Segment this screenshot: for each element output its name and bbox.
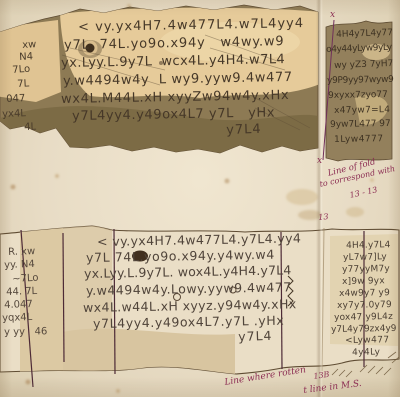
top-right-column-script: 4H4y7L4y77o4y44yLyw9yLywy yZ3 7yH7y9P9yy…: [0, 0, 400, 397]
fold-note-line1: Line of fold: [327, 158, 377, 178]
top-main-script-block: < vy.yx4H7.4w477L4.w7L4yy4y7L 74L.yo9o.x…: [0, 0, 400, 397]
top-left-fragment-script: xwN47Lo7L047yx4L4L: [0, 0, 400, 397]
script-line: 44. 7L: [6, 287, 37, 298]
column-rules: [21, 229, 364, 387]
script-line: 4y4Ly: [352, 349, 380, 358]
script-line: y9P9yy97wyw9: [327, 76, 394, 86]
script-line: y7L4: [226, 123, 262, 137]
script-line: yx.Lyy.L.9y7L. wox4L.y4H4.y7L4: [84, 264, 292, 280]
script-line: y7L 74L.yo9o.x94y w4wy.w9: [64, 35, 285, 52]
bottom-right-column-script: 4H4.y7L4yL7w7]Lyy77yyM7yx]9w 9yxx4w9y7 y…: [0, 0, 400, 397]
fold-line: [323, 20, 334, 160]
script-line: 4H4.y7L4: [346, 241, 391, 251]
fold-mark-top: x: [330, 11, 335, 20]
curator-annotations: xxLine of foldto correspond with13 - 131…: [0, 0, 400, 397]
script-line: y77yyM7y: [342, 265, 390, 275]
bottom-left-column-script: R. xwyy. N4~7Lo44. 7L4.047yqx4Ly yy 46: [0, 0, 400, 397]
script-line: y7L4y79zx4y9: [331, 325, 397, 335]
script-line: x]9w 9yx: [342, 277, 385, 287]
script-line: y7L4: [238, 330, 273, 344]
bottom-note-left: Line where rotten: [224, 366, 307, 388]
script-line: yox47.y9L4z: [334, 313, 393, 323]
bottom-transcription-panel: [0, 226, 399, 387]
paper-stains: [9, 4, 393, 393]
script-line: yx4L: [2, 109, 26, 120]
script-line: y7L 74L.yo9o.x94y.y4wy.w4: [86, 249, 275, 265]
script-line: ~7Lo: [12, 274, 39, 285]
script-line: y.w4494w4y L wy9.yyw9.4w477: [63, 71, 293, 88]
bottom-main-script-block: < vy.yx4H7.4w477L4.y7L4.yy4y7L 74L.yo9o.…: [0, 0, 400, 397]
script-line: x47yw7=L4: [334, 106, 390, 116]
script-line: 9yw7L477 97: [330, 120, 391, 130]
script-line: xy7y7.0y79: [337, 301, 392, 311]
bottom-note-right: t line in M.S.: [303, 380, 362, 396]
script-line: 1Lyw4777: [334, 135, 384, 145]
script-line: wx4L.w44L.xH xyyz.y94w4y.xHx: [83, 298, 297, 314]
manuscript-artwork: [0, 0, 400, 397]
script-line: y7L4yy4.y49ox4L7 y7L yHx: [72, 106, 275, 123]
page-vignette: [0, 0, 400, 397]
hatch-marks: [332, 352, 399, 377]
script-line: 9xyxx7zyo77: [328, 91, 388, 101]
script-line: yy. N4: [4, 260, 35, 271]
script-line: 7L: [17, 79, 29, 90]
script-line: 4L: [24, 123, 36, 133]
fold-note-line3: 13 - 13: [349, 186, 378, 200]
script-line: 7Lo: [12, 65, 31, 76]
script-line: wy yZ3 7yH7: [334, 60, 393, 71]
script-line: o4y44yLyw9yLy: [326, 44, 392, 55]
script-line: R. xw: [8, 247, 35, 258]
script-line: 047: [6, 94, 26, 105]
script-line: yx.Lyy.L.9y7L wcx4L.y4H4.w7L4: [61, 53, 285, 70]
script-line: y.w4494w4y.Lowy.yyw9.4w477: [86, 281, 292, 297]
script-line: 4.047: [4, 300, 33, 311]
script-line: <Lyw477: [345, 336, 390, 346]
facsimile-plate-page: xwN47Lo7L047yx4L4L < vy.yx4H7.4w477L4.w7…: [0, 0, 400, 397]
script-line: xw: [22, 40, 37, 51]
script-line: yL7w7]Ly: [343, 253, 387, 263]
top-leather-fragment: [0, 5, 325, 158]
script-line: y yy 46: [4, 327, 47, 338]
zigzag-mark: [288, 276, 293, 306]
script-line: < vy.yx4H7.4w477L4.y7L4.yy4: [97, 232, 301, 248]
script-line: 4H4y7L4y77: [336, 29, 393, 40]
script-line: yqx4L: [2, 313, 32, 324]
script-line: y7L4yy4.y49ox4L7.y7L .yHx: [93, 315, 284, 331]
script-line: < vy.yx4H7.4w477L4.w7L4yy4: [78, 17, 304, 34]
script-line: wx4L.M44L.xH xyyZw94w4y.xHx: [61, 89, 289, 106]
script-line: N4: [19, 52, 33, 63]
top-right-fragment: [326, 21, 392, 161]
paper-crease: [316, 0, 323, 397]
script-line: x4w9y7 y9: [339, 289, 390, 299]
fold-note-line2: to correspond with: [319, 165, 396, 189]
